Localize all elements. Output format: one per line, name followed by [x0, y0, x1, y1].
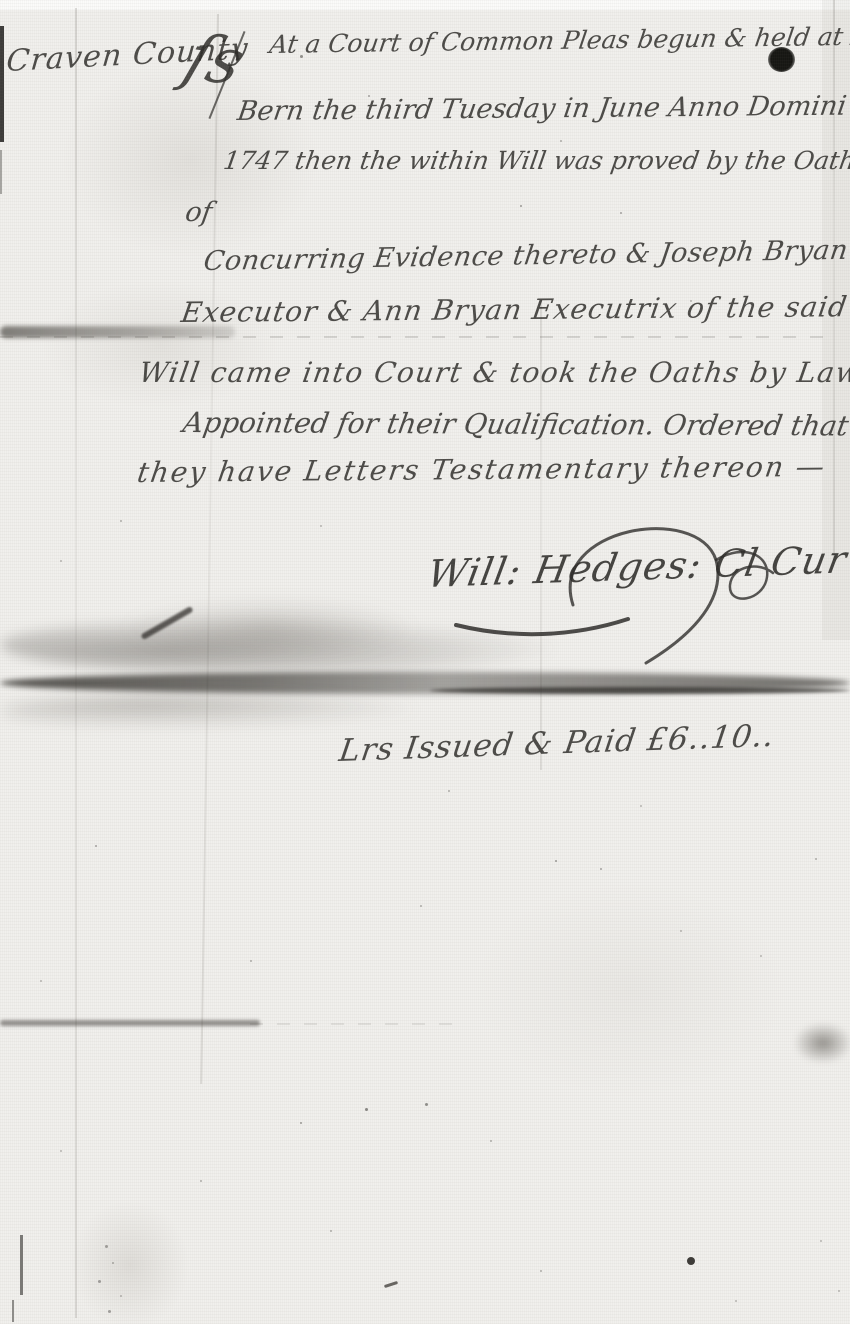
scan-edge-mark [0, 26, 4, 142]
paper-speck [520, 205, 522, 207]
paper-speck [540, 1270, 542, 1272]
paper-speck [40, 980, 42, 982]
crease-blot-lower [0, 1020, 260, 1026]
fee-line: Lrs Issued & Paid £6..10.. [337, 718, 777, 769]
paper-speck [120, 520, 122, 522]
paper-speck [300, 55, 303, 58]
manuscript-line: of [183, 197, 214, 228]
paper-speck [200, 1180, 202, 1182]
manuscript-line: Executor & Ann Bryan Executrix of the sa… [179, 290, 850, 329]
paper-speck [105, 1245, 108, 1248]
paper-speck [640, 805, 642, 807]
paper-speck [330, 1230, 332, 1232]
paper-speck [838, 1290, 840, 1292]
pen-squiggle [384, 1281, 398, 1288]
scan-edge-mark [0, 150, 2, 194]
paper-top-margin [0, 0, 850, 10]
edge-smudge-right [793, 1022, 850, 1064]
paper-speck [815, 858, 817, 860]
manuscript-line: Appointed for their Qualification. Order… [181, 406, 850, 442]
paper-speck [112, 1262, 114, 1264]
paper-speck [448, 790, 450, 792]
manuscript-line: Will came into Court & took the Oaths by… [137, 356, 850, 389]
manuscript-line: Bern the third Tuesday in June Anno Domi… [235, 91, 848, 127]
manuscript-line: Concurring Evidence thereto & Joseph Bry… [202, 235, 850, 277]
paper-speck [620, 212, 622, 214]
paper-speck [425, 1103, 428, 1106]
paper-speck [600, 868, 602, 870]
manuscript-line: At a Court of Common Pleas begun & held … [268, 21, 850, 59]
smudge-thin-right [430, 687, 850, 694]
paper-speck [300, 1122, 302, 1124]
paper-speck [98, 1280, 101, 1283]
paper-speck [365, 1108, 368, 1111]
scan-edge-mark [20, 1235, 23, 1295]
document-page: Craven County ſs At a Court of Common Pl… [0, 0, 850, 1324]
paper-speck [420, 905, 422, 907]
horizontal-crease-upper [0, 336, 830, 338]
paper-speck [687, 1257, 695, 1265]
signature-flourish [398, 505, 848, 665]
paper-speck [760, 955, 762, 957]
paper-speck [490, 1140, 492, 1142]
paper-speck [735, 1300, 737, 1302]
scan-edge-mark [12, 1300, 14, 1322]
paper-speck [60, 1150, 62, 1152]
paper-speck [108, 1310, 111, 1313]
flourish-underline [456, 619, 628, 634]
smudge-halo-below [0, 694, 420, 728]
paper-speck [95, 845, 97, 847]
paper-speck [690, 300, 692, 302]
vertical-fold-inner [200, 14, 219, 1084]
paper-mottle [470, 880, 790, 1100]
paper-speck [368, 95, 370, 97]
paper-speck [320, 525, 322, 527]
manuscript-line: they have Letters Testamentary thereon — [135, 450, 829, 489]
smudge-halo-light [120, 598, 420, 658]
paper-speck [120, 1295, 122, 1297]
paper-speck [560, 140, 562, 142]
paper-speck [250, 960, 252, 962]
flourish-knot [716, 552, 773, 599]
paper-speck [820, 1240, 822, 1242]
paper-speck [555, 860, 557, 862]
flourish-arc [570, 529, 718, 663]
horizontal-crease-lower [250, 1023, 460, 1025]
vertical-fold-right [833, 0, 835, 560]
paper-speck [60, 560, 62, 562]
paper-mottle [70, 1200, 190, 1324]
paper-speck [680, 930, 682, 932]
manuscript-line: 1747 then the within Will was proved by … [221, 146, 850, 175]
